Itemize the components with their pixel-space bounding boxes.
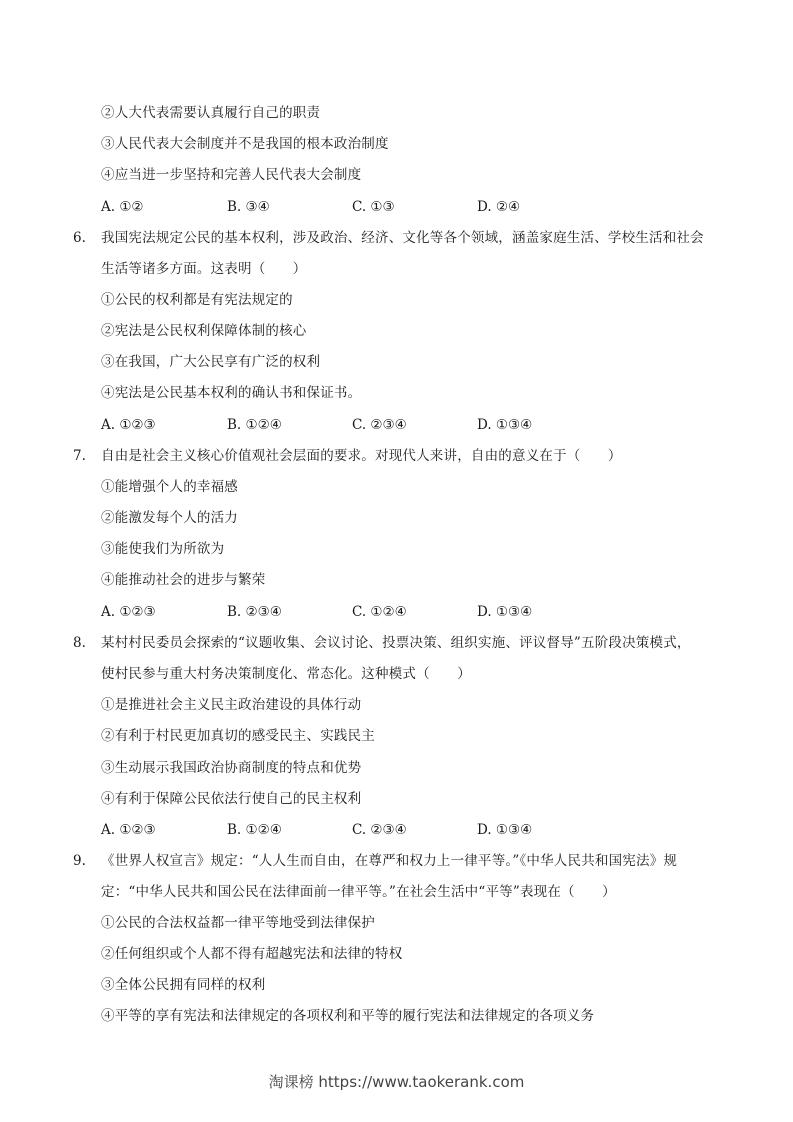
q8-stem-2: 使村民参与重大村务决策制度化、常态化。这种模式（ ） bbox=[101, 666, 471, 682]
q5-option-b: B. ③④ bbox=[227, 199, 270, 215]
q8-item-2: ②有利于村民更加真切的感受民主、实践民主 bbox=[101, 728, 375, 744]
q6-stem-1: 我国宪法规定公民的基本权利，涉及政治、经济、文化等各个领域，涵盖家庭生活、学校生… bbox=[101, 230, 704, 246]
q7-item-4: ④能推动社会的进步与繁荣 bbox=[101, 572, 265, 588]
q7-stem-1: 自由是社会主义核心价值观社会层面的要求。对现代人来讲，自由的意义在于（ ） bbox=[101, 448, 622, 464]
q5-option-d: D. ②④ bbox=[477, 199, 520, 215]
q7-option-b: B. ②③④ bbox=[227, 604, 282, 620]
q5-item-2: ②人大代表需要认真履行自己的职责 bbox=[101, 105, 320, 121]
q6-option-c: C. ②③④ bbox=[352, 417, 407, 433]
q7-option-d: D. ①③④ bbox=[477, 604, 532, 620]
q6-item-1: ①公民的权利都是有宪法规定的 bbox=[101, 292, 293, 308]
q5-item-4: ④应当进一步坚持和完善人民代表大会制度 bbox=[101, 167, 361, 183]
q7-number: 7. bbox=[73, 448, 86, 464]
q7-item-1: ①能增强个人的幸福感 bbox=[101, 479, 238, 495]
q6-item-2: ②宪法是公民权利保障体制的核心 bbox=[101, 323, 307, 339]
q6-option-a: A. ①②③ bbox=[101, 417, 156, 433]
q8-item-4: ④有利于保障公民依法行使自己的民主权利 bbox=[101, 791, 361, 807]
q5-item-3: ③人民代表大会制度并不是我国的根本政治制度 bbox=[101, 136, 389, 152]
q7-item-3: ③能使我们为所欲为 bbox=[101, 541, 224, 557]
q9-stem-1: 《世界人权宣言》规定：“人人生而自由，在尊严和权力上一律平等。”《中华人民共和国… bbox=[101, 853, 677, 869]
q7-item-2: ②能激发每个人的活力 bbox=[101, 510, 238, 526]
q6-option-d: D. ①③④ bbox=[477, 417, 532, 433]
q6-item-3: ③在我国，广大公民享有广泛的权利 bbox=[101, 354, 320, 370]
q9-item-1: ①公民的合法权益都一律平等地受到法律保护 bbox=[101, 915, 375, 931]
q9-item-2: ②任何组织或个人都不得有超越宪法和法律的特权 bbox=[101, 946, 402, 962]
q8-option-c: C. ②③④ bbox=[352, 822, 407, 838]
q8-option-d: D. ①③④ bbox=[477, 822, 532, 838]
q5-option-c: C. ①③ bbox=[352, 199, 395, 215]
q9-item-4: ④平等的享有宪法和法律规定的各项权利和平等的履行宪法和法律规定的各项义务 bbox=[101, 1008, 594, 1024]
q5-option-a: A. ①② bbox=[101, 199, 144, 215]
q9-number: 9. bbox=[73, 853, 86, 869]
q8-option-b: B. ①②④ bbox=[227, 822, 282, 838]
q6-option-b: B. ①②④ bbox=[227, 417, 282, 433]
q9-stem-2: 定：“中华人民共和国公民在法律面前一律平等。”在社会生活中“平等”表现在（ ） bbox=[101, 884, 616, 900]
q7-option-c: C. ①②④ bbox=[352, 604, 407, 620]
q6-item-4: ④宪法是公民基本权利的确认书和保证书。 bbox=[101, 385, 361, 401]
q9-item-3: ③全体公民拥有同样的权利 bbox=[101, 977, 265, 993]
q8-item-1: ①是推进社会主义民主政治建设的具体行动 bbox=[101, 697, 361, 713]
q8-number: 8. bbox=[73, 635, 86, 651]
q7-option-a: A. ①②③ bbox=[101, 604, 156, 620]
q6-number: 6. bbox=[73, 230, 86, 246]
q8-item-3: ③生动展示我国政治协商制度的特点和优势 bbox=[101, 760, 361, 776]
q8-stem-1: 某村村民委员会探索的“议题收集、会议讨论、投票决策、组织实施、评议督导”五阶段决… bbox=[101, 635, 691, 651]
q8-option-a: A. ①②③ bbox=[101, 822, 156, 838]
footer-watermark: 淘课榜 https://www.taokerank.com bbox=[0, 1071, 793, 1092]
q6-stem-2: 生活等诸多方面。这表明（ ） bbox=[101, 261, 307, 277]
